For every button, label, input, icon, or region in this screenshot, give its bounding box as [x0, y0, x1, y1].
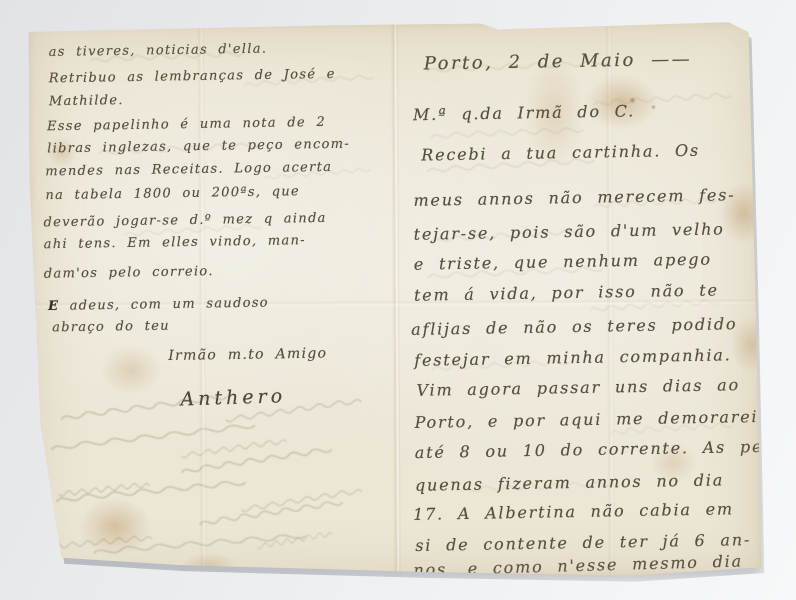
stain — [79, 497, 151, 555]
date-line: Porto, 2 de Maio —— — [424, 49, 693, 75]
letter-line: tem á vida, por isso não te — [414, 280, 719, 304]
letter-closing-line: E adeus, com um saudoso — [48, 296, 269, 314]
letter-page-left: as tiveres, noticias d'ella. Retribuo as… — [29, 22, 759, 26]
letter-line: Mathilde. — [49, 93, 124, 109]
letter-line: aflijas de não os teres podido — [411, 314, 737, 339]
letter-line: 17. A Albertina não cabia em — [413, 499, 734, 524]
letter-line: as tiveres, noticias d'ella. — [49, 42, 268, 60]
letter-line: até 8 ou 10 do corrente. As pe- — [415, 437, 771, 462]
letter-line: Esse papelinho é uma nota de 2 — [47, 115, 326, 134]
letter-line: Recebi a tua cartinha. Os — [421, 141, 700, 165]
fold-crease-center — [391, 24, 402, 577]
letter-line: si de contente de ter já 6 an- — [415, 530, 751, 555]
letter-line: deverão jogar-se d.º mez q ainda — [43, 211, 326, 230]
letter-sheet: as tiveres, noticias d'ella. Retribuo as… — [29, 22, 762, 579]
letter-line: meus annos não merecem fes- — [413, 185, 735, 210]
stain — [100, 345, 162, 395]
letter-line: na tabela 1800 ou 200ªs, que — [45, 184, 300, 203]
letter-page-right: Porto, 2 de Maio —— M.ª q.da Irmã do C. … — [29, 22, 759, 26]
salutation-line: M.ª q.da Irmã do C. — [413, 101, 635, 124]
ink-speck — [651, 105, 656, 110]
letter-line: libras inglezas, que te peço encom- — [47, 137, 350, 157]
letter-line: festejar em minha companhia. — [414, 345, 732, 370]
letter-line: quenas fizeram annos no dia — [415, 470, 724, 494]
letter-line: ahi tens. Em elles vindo, man- — [44, 233, 306, 252]
letter-closing-line: abraço do teu — [52, 319, 170, 336]
letter-line: Porto, e por aqui me demorarei — [414, 407, 758, 432]
letter-signoff: Irmão m.to Amigo — [168, 346, 327, 364]
letter-line: Retribuo as lembranças de José e — [49, 67, 336, 87]
letter-line: dam'os pelo correio. — [44, 264, 214, 282]
letter-line: e triste, que nenhum apego — [414, 250, 712, 274]
photo-background: as tiveres, noticias d'ella. Retribuo as… — [0, 0, 796, 600]
letter-line: mendes nas Receitas. Logo acerta — [45, 160, 332, 180]
letter-line: tejar-se, pois são d'um velho — [413, 219, 724, 243]
letter-line: Vim agora passar uns dias ao — [416, 375, 740, 400]
signature: Anthero — [180, 385, 286, 410]
